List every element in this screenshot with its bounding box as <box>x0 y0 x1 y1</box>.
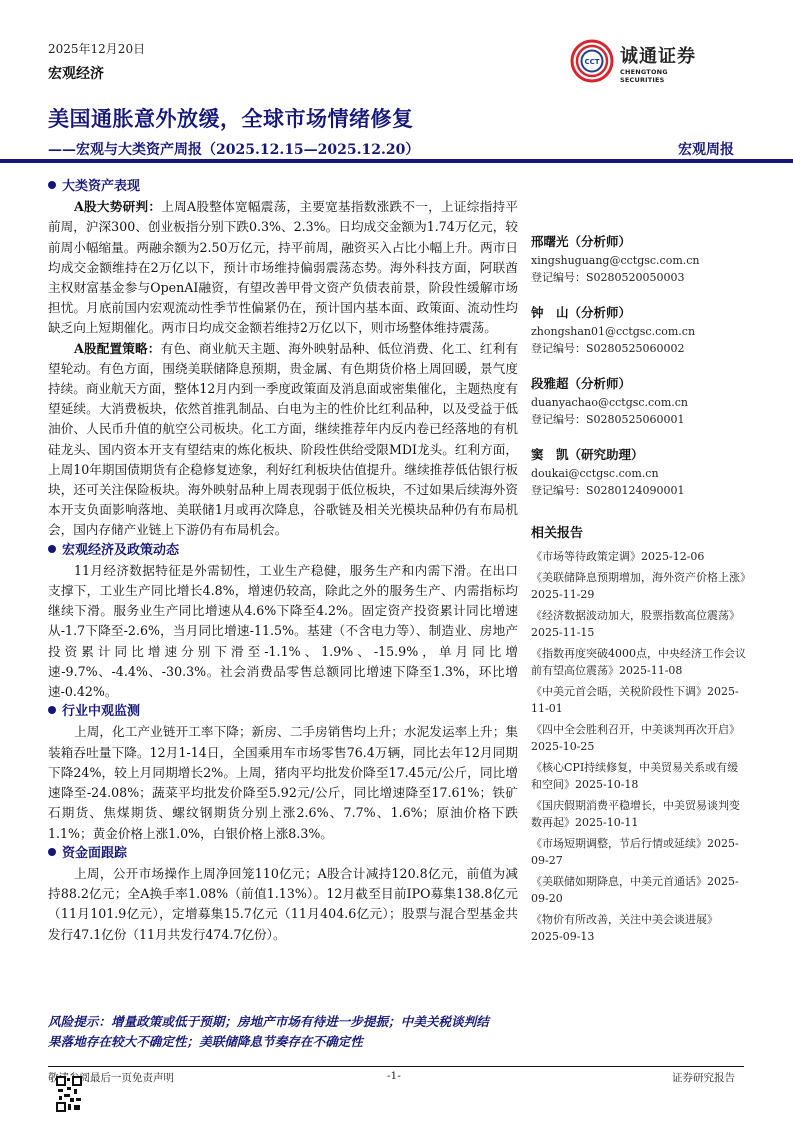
sidebar: 邢曙光（分析师） xingshuguang@cctgsc.com.cn 登记编号… <box>531 233 747 949</box>
report-subtitle: ——宏观与大类资产周报（2025.12.15—2025.12.20） <box>48 139 419 159</box>
related-report-link[interactable]: 《美联储降息预期增加，海外资产价格上涨》2025-11-29 <box>531 569 747 603</box>
section-heading: 行业中观监测 <box>62 704 140 719</box>
paragraph-lead: A股大势研判： <box>74 199 161 214</box>
bullet-icon <box>48 545 56 553</box>
bullet-icon <box>48 848 56 856</box>
paragraph: A股大势研判：上周A股整体宽幅震荡，主要宽基指数涨跌不一，上证综指持平前周，沪深… <box>48 197 518 338</box>
section-heading: 资金面跟踪 <box>62 846 127 861</box>
section-liquidity: 资金面跟踪 上周，公开市场操作上周净回笼110亿元；A股合计减持120.8亿元，… <box>48 844 518 945</box>
related-report-link[interactable]: 《市场短期调整，节后行情或延续》2025-09-27 <box>531 835 747 869</box>
analyst-registration: 登记编号：S0280525060002 <box>531 340 747 357</box>
analyst-name: 钟 山（分析师） <box>531 304 747 321</box>
related-report-link[interactable]: 《美联储如期降息，中美元首通话》2025-09-20 <box>531 873 747 907</box>
footer-doc-type: 证券研究报告 <box>672 1070 735 1085</box>
analyst-registration: 登记编号：S0280124090001 <box>531 482 747 499</box>
analyst-name: 窦 凯（研究助理） <box>531 446 747 463</box>
bullet-icon <box>48 181 56 189</box>
analyst-email[interactable]: zhongshan01@cctgsc.com.cn <box>531 323 747 340</box>
footer-divider <box>48 1066 744 1067</box>
analyst-email[interactable]: xingshuguang@cctgsc.com.cn <box>531 252 747 269</box>
analyst-card: 窦 凯（研究助理） doukai@cctgsc.com.cn 登记编号：S028… <box>531 446 747 499</box>
report-type: 宏观周报 <box>678 139 734 159</box>
related-report-link[interactable]: 《核心CPI持续修复，中美贸易关系或有缓和空间》2025-10-18 <box>531 759 747 793</box>
paragraph: 11月经济数据特征是外需韧性，工业生产稳健，服务生产和内需下滑。在出口支撑下，工… <box>48 561 518 702</box>
section-heading: 大类资产表现 <box>62 179 140 194</box>
svg-text:CCT: CCT <box>584 58 599 66</box>
analyst-email[interactable]: doukai@cctgsc.com.cn <box>531 465 747 482</box>
related-reports-heading: 相关报告 <box>531 525 747 542</box>
related-report-link[interactable]: 《中美元首会晤，关税阶段性下调》2025-11-01 <box>531 683 747 717</box>
paragraph: 上周，化工产业链开工率下降；新房、二手房销售均上升；水泥发运率上升；集装箱吞吐量… <box>48 722 518 843</box>
qr-code-icon <box>56 1076 82 1112</box>
paragraph: A股配置策略：有色、商业航天主题、海外映射品种、低位消费、化工、红利有望轮动。有… <box>48 339 518 541</box>
related-report-link[interactable]: 《四中全会胜利召开，中美谈判再次开启》2025-10-25 <box>531 721 747 755</box>
related-report-link[interactable]: 《市场等待政策定调》2025-12-06 <box>531 548 747 565</box>
analyst-card: 邢曙光（分析师） xingshuguang@cctgsc.com.cn 登记编号… <box>531 233 747 286</box>
company-logo: CCT 诚通证券 CHENGTONG SECURITIES <box>570 38 710 84</box>
risk-warning: 风险提示：增量政策或低于预期；房地产市场有待进一步提振；中美关税谈判结果落地存在… <box>48 1012 493 1052</box>
related-report-link[interactable]: 《国庆假期消费平稳增长，中美贸易谈判变数再起》2025-10-11 <box>531 797 747 831</box>
section-macro-policy: 宏观经济及政策动态 11月经济数据特征是外需韧性，工业生产稳健，服务生产和内需下… <box>48 541 518 703</box>
report-date: 2025年12月20日 <box>48 40 145 57</box>
analyst-card: 段雅超（分析师） duanyachao@cctgsc.com.cn 登记编号：S… <box>531 375 747 428</box>
paragraph: 上周，公开市场操作上周净回笼110亿元；A股合计减持120.8亿元，前值为减持8… <box>48 864 518 945</box>
analyst-registration: 登记编号：S0280525060001 <box>531 411 747 428</box>
main-content: 大类资产表现 A股大势研判：上周A股整体宽幅震荡，主要宽基指数涨跌不一，上证综指… <box>48 177 518 945</box>
section-asset-performance: 大类资产表现 A股大势研判：上周A股整体宽幅震荡，主要宽基指数涨跌不一，上证综指… <box>48 177 518 541</box>
logo-name-cn: 诚通证券 <box>620 42 696 68</box>
bullet-icon <box>48 706 56 714</box>
related-reports-list: 《市场等待政策定调》2025-12-06 《美联储降息预期增加，海外资产价格上涨… <box>531 548 747 945</box>
analyst-name: 段雅超（分析师） <box>531 375 747 392</box>
analyst-card: 钟 山（分析师） zhongshan01@cctgsc.com.cn 登记编号：… <box>531 304 747 357</box>
section-industry-monitor: 行业中观监测 上周，化工产业链开工率下降；新房、二手房销售均上升；水泥发运率上升… <box>48 702 518 843</box>
related-report-link[interactable]: 《指数再度突破4000点，中央经济工作会议前有望高位震荡》2025-11-08 <box>531 645 747 679</box>
cct-logo-icon: CCT <box>570 39 614 83</box>
related-report-link[interactable]: 《物价有所改善，关注中美会谈进展》2025-09-13 <box>531 911 747 945</box>
analyst-name: 邢曙光（分析师） <box>531 233 747 250</box>
header-divider <box>0 159 793 163</box>
page-number: -1- <box>387 1070 401 1082</box>
section-heading: 宏观经济及政策动态 <box>62 543 179 558</box>
analyst-registration: 登记编号：S0280520050003 <box>531 269 747 286</box>
report-category: 宏观经济 <box>48 63 104 83</box>
paragraph-lead: A股配置策略： <box>74 341 161 356</box>
logo-name-en: CHENGTONG SECURITIES <box>620 68 710 84</box>
report-title: 美国通胀意外放缓，全球市场情绪修复 <box>48 103 414 133</box>
related-report-link[interactable]: 《经济数据波动加大，股票指数高位震荡》2025-11-15 <box>531 607 747 641</box>
analyst-email[interactable]: duanyachao@cctgsc.com.cn <box>531 394 747 411</box>
